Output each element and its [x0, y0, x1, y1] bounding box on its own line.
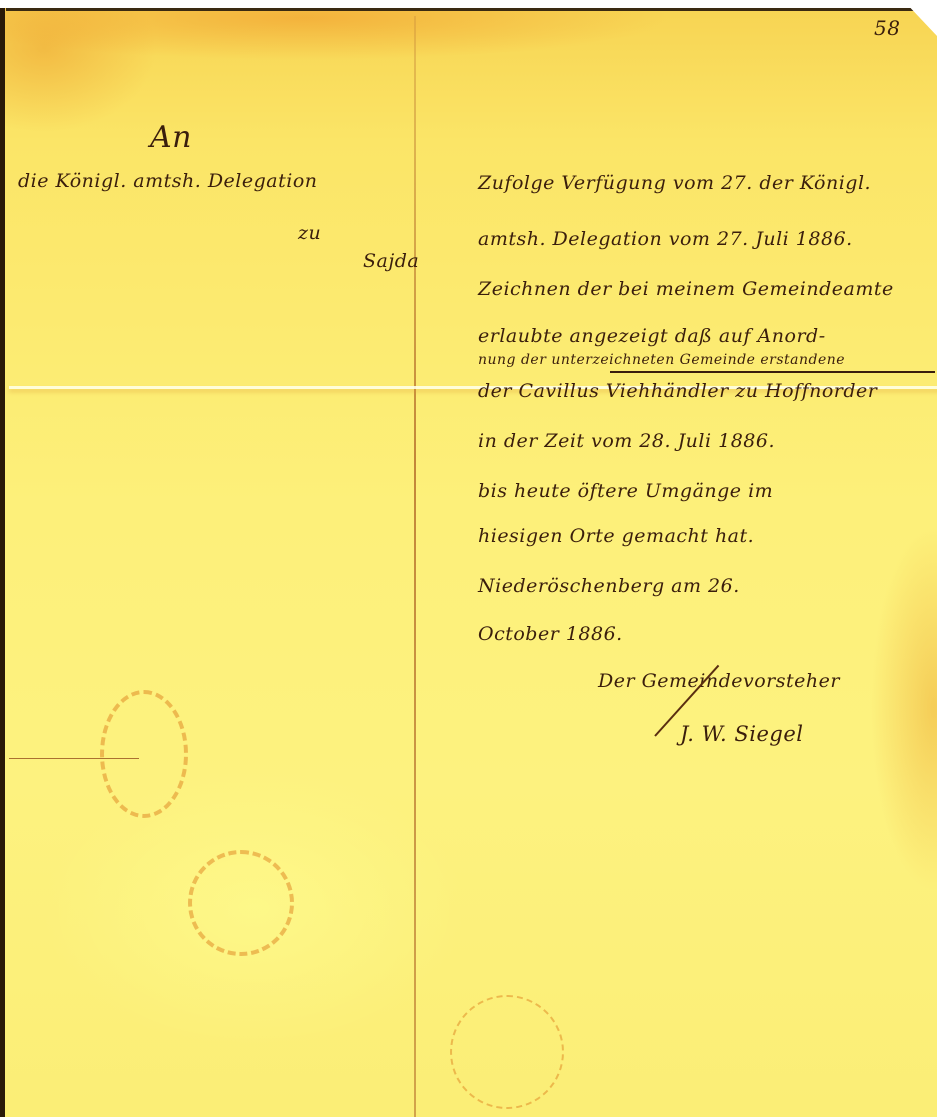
- signature: J. W. Siegel: [680, 722, 804, 746]
- seal-stamp-bottom: [450, 995, 564, 1109]
- body-line-3: Zeichnen der bei meinem Gemeindeamte: [478, 278, 894, 300]
- body-line-10: Niederöschenberg am 26.: [478, 575, 740, 597]
- body-line-11: October 1886.: [478, 623, 623, 645]
- body-line-4: erlaubte angezeigt daß auf Anord-: [478, 325, 826, 347]
- scan-top-edge: [6, 0, 937, 11]
- body-line-9: hiesigen Orte gemacht hat.: [478, 525, 754, 547]
- body-line-7: in der Zeit vom 28. Juli 1886.: [478, 430, 775, 452]
- body-line-5: nung der unterzeichneten Gemeinde erstan…: [478, 352, 845, 368]
- folded-corner: [903, 0, 937, 36]
- body-line-8: bis heute öftere Umgänge im: [478, 480, 773, 502]
- seal-stamp-left: [100, 690, 188, 818]
- body-line-1: Zufolge Verfügung vom 27. der Königl.: [478, 172, 871, 194]
- recipient-line: die Königl. amtsh. Delegation: [18, 170, 318, 192]
- address-place: Sajda: [363, 250, 419, 272]
- body-line-6: der Cavillus Viehhändler zu Hoffnorder: [478, 380, 877, 402]
- body-line-2: amtsh. Delegation vom 27. Juli 1886.: [478, 228, 853, 250]
- page-number: 58: [874, 16, 900, 40]
- closing-title: Der Gemeindevorsteher: [598, 670, 840, 692]
- seal-stamp-lower-left: [188, 850, 294, 956]
- salutation: An: [150, 120, 192, 155]
- insertion-underline: [610, 371, 935, 373]
- vertical-fold-crease: [414, 16, 416, 1117]
- address-preposition: zu: [298, 222, 321, 244]
- scan-left-edge: [0, 8, 5, 1117]
